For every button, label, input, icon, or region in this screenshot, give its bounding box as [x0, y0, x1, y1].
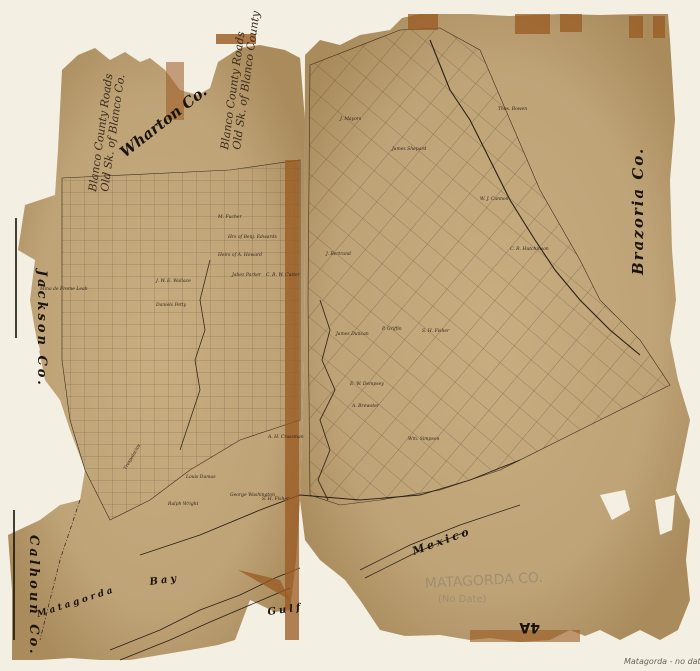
tract-label: Mina de Frome Leah — [39, 286, 88, 292]
tract-label: M. Fucher — [217, 214, 243, 220]
tract-label: P. Griffin — [381, 326, 402, 332]
county-label-calhoun: Calhoun Co. — [26, 535, 41, 657]
tract-label: Louis Dumas — [185, 474, 216, 480]
tract-label: Heirs of A. Howard — [217, 252, 262, 258]
catalog-note: Matagorda - no date — [624, 657, 700, 666]
tract-label: W. J. Cannon — [480, 196, 509, 202]
tract-label: A. H. Crassman — [267, 434, 304, 440]
tape-strip — [285, 160, 299, 640]
map-canvas: Wharton Co. Brazoria Co. Jackson Co. Cal… — [0, 0, 700, 671]
tract-label: Hrs of Benj. Edwards — [227, 234, 277, 240]
historical-map: Wharton Co. Brazoria Co. Jackson Co. Cal… — [0, 0, 700, 671]
sheet-tag: 4A — [519, 619, 540, 635]
tract-label: S. H. Fisher — [262, 496, 290, 502]
tract-label: James Shepard — [391, 146, 427, 152]
tape-strip — [515, 14, 550, 34]
tract-label: C. R. W. Cutter — [266, 272, 301, 278]
tape-strip — [629, 16, 643, 38]
tract-label: S. H. Fisher — [422, 328, 450, 334]
tract-label: Wm. Simpson — [408, 436, 439, 442]
tract-label: J. Bertrand — [325, 251, 351, 257]
tract-label: Ralph Wright — [167, 501, 199, 507]
tract-label: James Duncan — [335, 331, 369, 337]
tract-label: E. W. Dempsey — [349, 381, 384, 387]
tape-strip — [408, 14, 438, 30]
tract-label: Thos. Bowen — [498, 106, 527, 112]
tract-label: A. Brewster — [351, 403, 380, 409]
county-label-jackson: Jackson Co. — [34, 267, 49, 388]
tape-strip — [653, 16, 665, 38]
tract-label: C. R. Hutchinson — [510, 246, 549, 252]
county-label-brazoria: Brazoria Co. — [629, 147, 647, 276]
tape-strip — [560, 14, 582, 32]
tract-label: Daniels Petty — [155, 302, 187, 308]
tract-label: Jabez Parker — [231, 272, 262, 278]
tract-label: J. W. E. Wallace — [155, 278, 191, 284]
pencil-subtitle: (No Date) — [438, 594, 487, 605]
tract-label: J. Mayors — [339, 116, 362, 122]
